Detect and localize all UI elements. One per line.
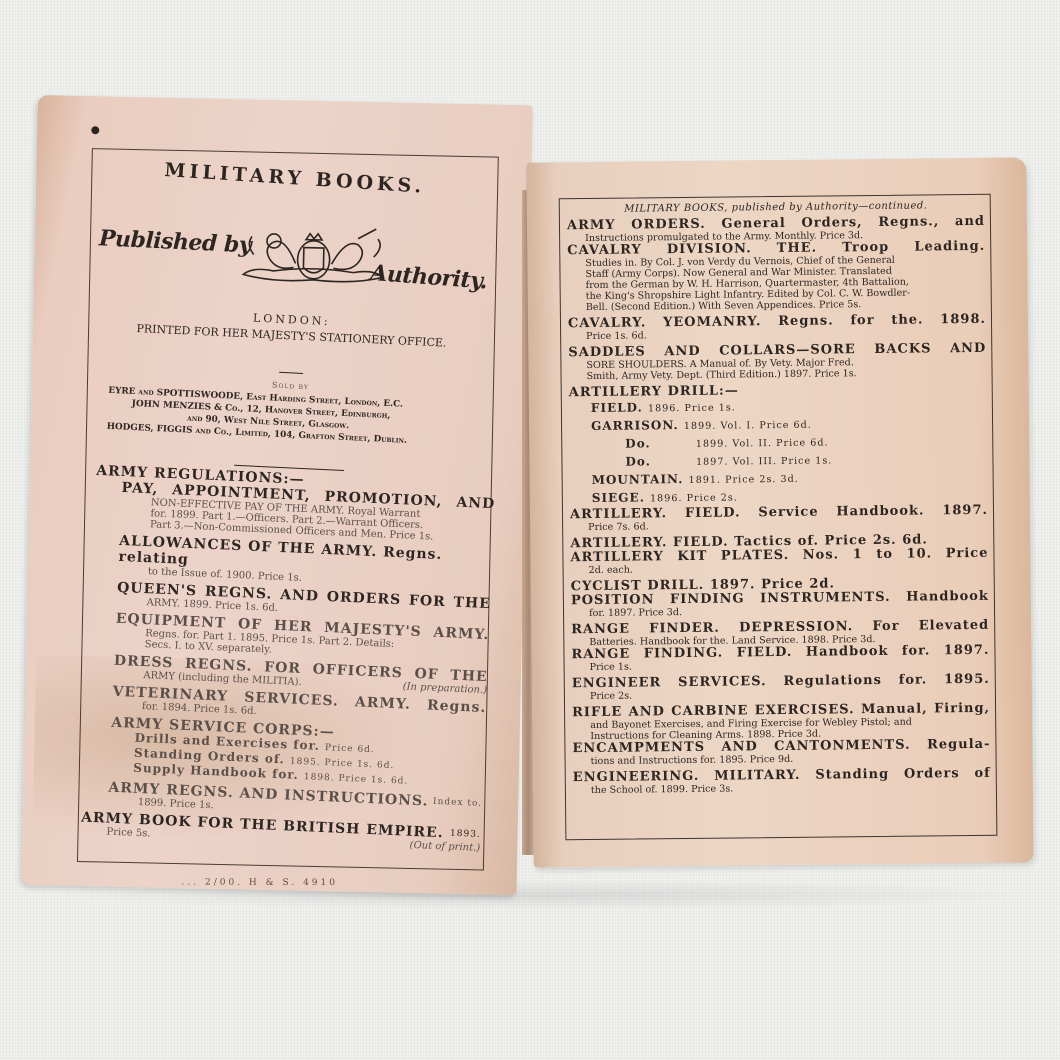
page-title: MILITARY BOOKS. <box>92 154 498 202</box>
catalogue-entry: RIFLE AND CARBINE EXERCISES. Manual, Fir… <box>572 702 990 742</box>
left-catalogue-list: ARMY REGULATIONS:— PAY, APPOINTMENT, PRO… <box>80 463 496 854</box>
publisher-banner: Published by Authority. <box>98 221 494 289</box>
right-catalogue-list: MILITARY BOOKS, published by Authority—c… <box>567 200 991 796</box>
catalogue-entry: ENGINEERING. MILITARY. Standing Orders o… <box>573 767 991 796</box>
authority-text: Authority. <box>370 260 489 294</box>
punch-hole <box>91 126 99 134</box>
left-page: MILITARY BOOKS. Published by Authority. <box>21 95 532 895</box>
artillery-drill-sublist: FIELD. 1896. Price 1s. GARRISON. 1899. V… <box>569 396 988 508</box>
footer-imprint: ... 2/00. H & S. 4910 <box>182 878 338 889</box>
right-page: MILITARY BOOKS, published by Authority—c… <box>526 157 1033 867</box>
left-page-frame: MILITARY BOOKS. Published by Authority. <box>77 148 499 870</box>
published-by-text: Published by <box>98 225 251 258</box>
catalogue-entry: CAVALRY DIVISION. THE. Troop Leading. St… <box>567 240 986 313</box>
out-of-print-note: (Out of print.) <box>409 840 480 854</box>
catalogue-entry: SADDLES AND COLLARS—SORE BACKS AND SORE … <box>568 342 986 382</box>
